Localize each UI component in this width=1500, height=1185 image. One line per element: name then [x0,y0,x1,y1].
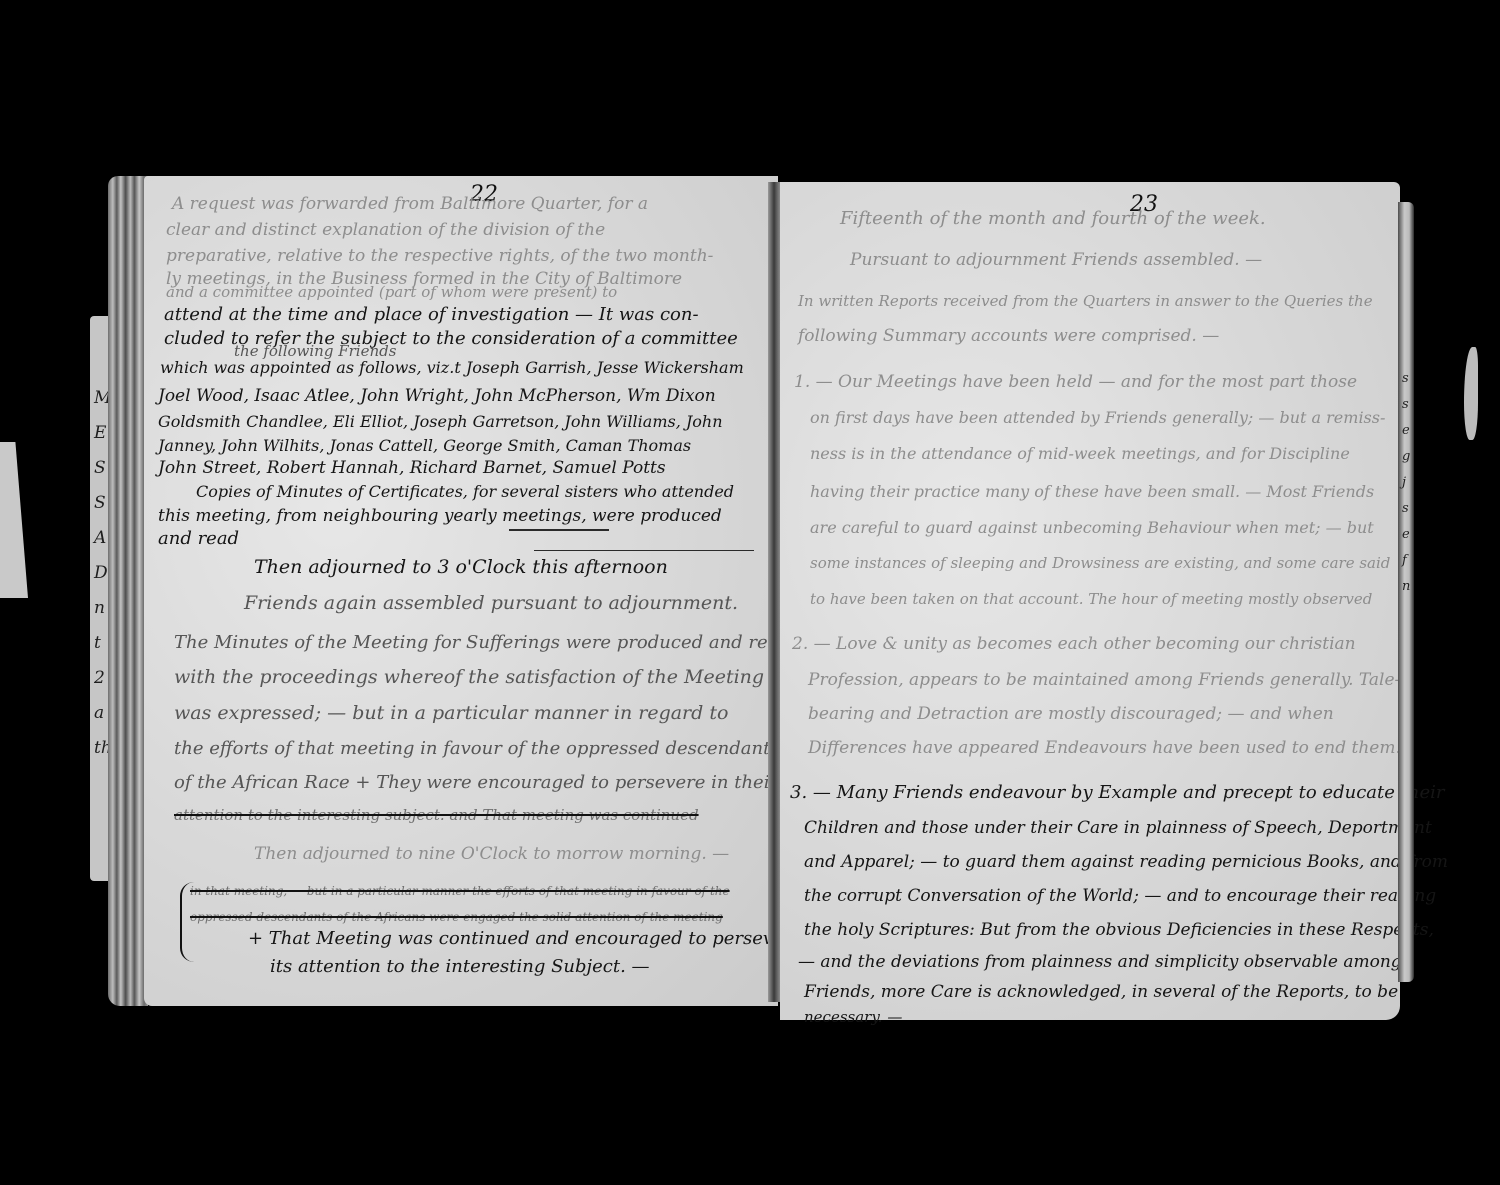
text-line: + That Meeting was continued and encoura… [248,928,826,949]
text-line: Pursuant to adjournment Friends assemble… [850,250,1262,270]
text-line: with the proceedings whereof the satisfa… [174,666,764,688]
text-line: Profession, appears to be maintained amo… [808,670,1400,690]
struck-text-line: oppressed descendants of the Africans we… [190,910,723,924]
text-line: on first days have been attended by Frie… [810,408,1385,427]
text-line: are careful to guard against unbecoming … [810,518,1374,537]
text-line: Then adjourned to 3 o'Clock this afterno… [254,556,668,578]
text-line: the efforts of that meeting in favour of… [174,738,780,759]
text-line: clear and distinct explanation of the di… [166,220,605,240]
text-line: its attention to the interesting Subject… [270,956,650,977]
text-line: this meeting, from neighbouring yearly m… [158,506,722,526]
text-line: John Street, Robert Hannah, Richard Barn… [158,458,666,478]
text-line: Copies of Minutes of Certificates, for s… [196,482,734,501]
text-line: the holy Scriptures: But from the obviou… [804,920,1434,940]
right-edge-letters: s s e g j s e f n [1402,366,1414,600]
text-line: Friends, more Care is acknowledged, in s… [804,982,1398,1002]
text-line: Fifteenth of the month and fourth of the… [840,208,1266,229]
text-line: was expressed; — but in a particular man… [174,702,728,724]
text-line: 1. — Our Meetings have been held — and f… [794,372,1357,392]
left-page-stack-edge [108,176,148,1006]
text-line: bearing and Detraction are mostly discou… [808,704,1334,724]
text-line: Then adjourned to nine O'Clock to morrow… [254,844,729,864]
book-gutter [768,182,780,1002]
divider-rule [534,550,754,551]
text-line: to have been taken on that account. The … [810,590,1372,608]
text-line: following Summary accounts were comprise… [798,326,1219,346]
text-line: 3. — Many Friends endeavour by Example a… [790,782,1444,803]
text-line: attend at the time and place of investig… [164,304,699,325]
text-line: necessary. — [804,1008,902,1026]
text-line: the corrupt Conversation of the World; —… [804,886,1436,906]
text-line: having their practice many of these have… [810,482,1374,501]
text-line: and Apparel; — to guard them against rea… [804,852,1448,872]
text-line: In written Reports received from the Qua… [798,292,1373,310]
text-line: — and the deviations from plainness and … [798,952,1402,972]
text-line: Joel Wood, Isaac Atlee, John Wright, Joh… [158,386,716,406]
text-line: preparative, relative to the respective … [166,246,713,266]
text-line: Differences have appeared Endeavours hav… [808,738,1401,758]
right-page: 23 Fifteenth of the month and fourth of … [780,182,1400,1020]
text-line: Children and those under their Care in p… [804,818,1432,838]
text-line: some instances of sleeping and Drowsines… [810,554,1390,572]
divider-rule [509,529,609,531]
text-line: and a committee appointed (part of whom … [166,283,617,301]
text-line: A request was forwarded from Baltimore Q… [172,194,648,214]
text-line: Goldsmith Chandlee, Eli Elliot, Joseph G… [158,412,723,431]
text-line: ness is in the attendance of mid-week me… [810,444,1350,463]
text-line: 2. — Love & unity as becomes each other … [792,634,1356,654]
struck-text-line: attention to the interesting subject. an… [174,806,699,824]
text-line: Friends again assembled pursuant to adjo… [244,592,738,614]
paper-scrap-left [0,442,28,598]
text-line: and read [158,528,239,549]
text-line: of the African Race + They were encourag… [174,772,778,793]
open-ledger-book: M E S S A D n t 2 a th 22 A request was … [108,176,1408,1026]
text-line: which was appointed as follows, viz.t Jo… [160,358,744,377]
struck-text-line: in that meeting, — but in a particular m… [190,884,730,898]
paper-scrap-right [1464,347,1478,440]
text-line: Janney, John Wilhits, Jonas Cattell, Geo… [158,436,691,455]
text-line: The Minutes of the Meeting for Suffering… [174,632,790,653]
left-page: 22 A request was forwarded from Baltimor… [144,176,778,1006]
